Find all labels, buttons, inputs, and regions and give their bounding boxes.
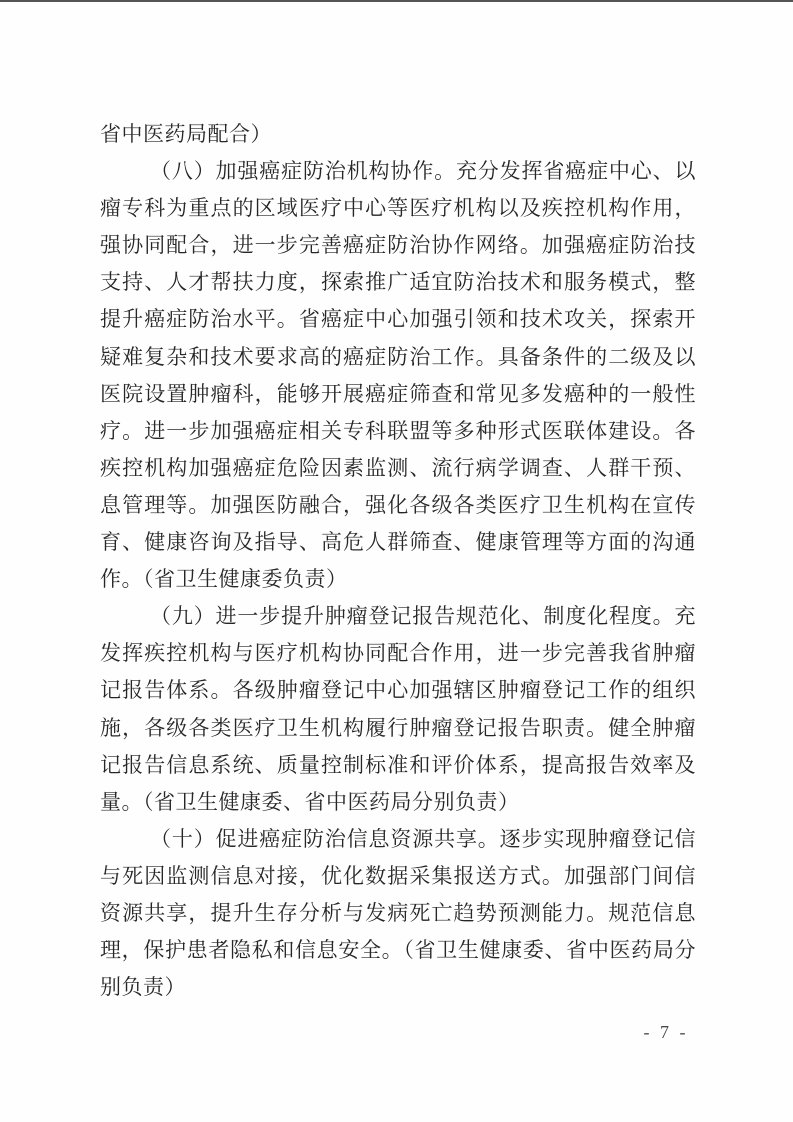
- text-line: 瘤专科为重点的区域医疗中心等医疗机构以及疾控机构作用，加: [100, 190, 696, 227]
- text-line: 息管理等。加强医防融合，强化各级各类医疗卫生机构在宣传教: [100, 487, 696, 524]
- text-line: 发挥疾控机构与医疗机构协同配合作用，进一步完善我省肿瘤登: [100, 635, 696, 672]
- text-line: 强协同配合，进一步完善癌症防治协作网络。加强癌症防治技术: [100, 227, 696, 264]
- text-line: 疗。进一步加强癌症相关专科联盟等多种形式医联体建设。各级: [100, 413, 696, 450]
- paragraph-item-10: （十）促进癌症防治信息资源共享。逐步实现肿瘤登记信息 与死因监测信息对接，优化数…: [100, 821, 696, 1006]
- text-line: 记报告体系。各级肿瘤登记中心加强辖区肿瘤登记工作的组织实: [100, 672, 696, 709]
- document-page: 省中医药局配合） （八）加强癌症防治机构协作。充分发挥省癌症中心、以肿 瘤专科为…: [0, 0, 793, 1122]
- text-line: 理，保护患者隐私和信息安全。（省卫生健康委、省中医药局分: [100, 932, 696, 969]
- text-line: 疾控机构加强癌症危险因素监测、流行病学调查、人群干预、信: [100, 450, 696, 487]
- page-number: - 7 -: [618, 1022, 714, 1043]
- scan-edge-artifact: [0, 0, 793, 2]
- text-line: 医院设置肿瘤科，能够开展癌症筛查和常见多发癌种的一般性诊: [100, 376, 696, 413]
- text-line: 与死因监测信息对接，优化数据采集报送方式。加强部门间信息: [100, 858, 696, 895]
- text-line: （八）加强癌症防治机构协作。充分发挥省癌症中心、以肿: [100, 153, 696, 190]
- text-line: 记报告信息系统、质量控制标准和评价体系，提高报告效率及质: [100, 747, 696, 784]
- paragraph-item-8: （八）加强癌症防治机构协作。充分发挥省癌症中心、以肿 瘤专科为重点的区域医疗中心…: [100, 153, 696, 598]
- text-line: （九）进一步提升肿瘤登记报告规范化、制度化程度。充分: [100, 598, 696, 635]
- text-line: 别负责）: [100, 969, 696, 1006]
- text-line: 支持、人才帮扶力度，探索推广适宜防治技术和服务模式，整体: [100, 264, 696, 301]
- document-body: 省中医药局配合） （八）加强癌症防治机构协作。充分发挥省癌症中心、以肿 瘤专科为…: [100, 116, 696, 1006]
- text-line: 作。（省卫生健康委负责）: [100, 561, 696, 598]
- text-line: 疑难复杂和技术要求高的癌症防治工作。具备条件的二级及以上: [100, 339, 696, 376]
- text-line: 育、健康咨询及指导、高危人群筛查、健康管理等方面的沟通协: [100, 524, 696, 561]
- paragraph-continued: 省中医药局配合）: [100, 116, 696, 153]
- paragraph-item-9: （九）进一步提升肿瘤登记报告规范化、制度化程度。充分 发挥疾控机构与医疗机构协同…: [100, 598, 696, 821]
- text-line: 施，各级各类医疗卫生机构履行肿瘤登记报告职责。健全肿瘤登: [100, 710, 696, 747]
- text-line: 量。（省卫生健康委、省中医药局分别负责）: [100, 784, 696, 821]
- text-line: 提升癌症防治水平。省癌症中心加强引领和技术攻关，探索开展: [100, 301, 696, 338]
- text-line: （十）促进癌症防治信息资源共享。逐步实现肿瘤登记信息: [100, 821, 696, 858]
- text-line: 省中医药局配合）: [100, 116, 696, 153]
- text-line: 资源共享，提升生存分析与发病死亡趋势预测能力。规范信息管: [100, 895, 696, 932]
